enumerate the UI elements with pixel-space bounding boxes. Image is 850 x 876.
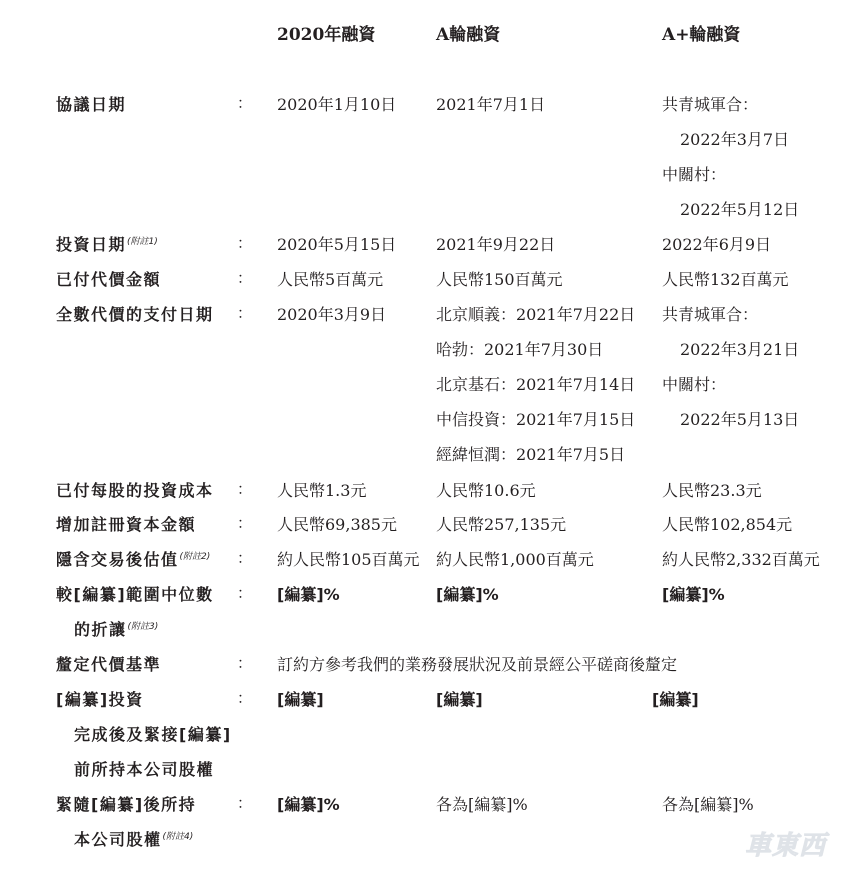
cell-series-a-plus-line: 共青城軍合：: [662, 302, 758, 325]
cell-series-a-plus: 各為[編纂]%: [662, 792, 754, 815]
cell-series-a-plus: 2022年6月9日: [662, 232, 771, 255]
row-continuation: 前所持本公司股權: [0, 757, 850, 792]
cell-series-a-line: 北京順義：2021年7月22日: [436, 302, 635, 325]
column-header-series-a-plus: A+輪融資: [662, 20, 740, 45]
cell-series-a-plus: [編纂]%: [662, 582, 725, 605]
colon: ：: [237, 687, 252, 708]
cell-series-a-plus-line: 2022年3月7日: [680, 127, 789, 150]
cell-series-a: [編纂]%: [436, 582, 499, 605]
cell-2020: 人民幣1.3元: [277, 478, 366, 501]
watermark-logo: 車東西: [745, 825, 826, 862]
row-registered-capital-increase: 增加註冊資本金額 ： 人民幣69,385元 人民幣257,135元 人民幣102…: [0, 512, 850, 547]
row-label: 增加註冊資本金額: [56, 512, 196, 535]
cell-2020: 2020年1月10日: [277, 92, 396, 115]
cell-series-a-plus-line: 中關村：: [662, 162, 726, 185]
cell-series-a-plus-line: 2022年5月13日: [680, 407, 799, 430]
row-continuation: 北京基石：2021年7月14日 中關村：: [0, 372, 850, 407]
label-text: 隱含交易後估值: [56, 550, 179, 569]
colon: ：: [237, 478, 252, 499]
label-text: 的折讓: [74, 620, 127, 639]
row-label: 已付每股的投資成本: [56, 478, 214, 501]
cell-series-a-plus: 人民幣132百萬元: [662, 267, 789, 290]
row-continuation: 哈勃：2021年7月30日 2022年3月21日: [0, 337, 850, 372]
row-continuation: 的折讓(附註3): [0, 617, 850, 652]
cell-series-a-plus: [編纂]: [652, 687, 699, 710]
row-payment-date: 全數代價的支付日期 ： 2020年3月9日 北京順義：2021年7月22日 共青…: [0, 302, 850, 337]
cell-2020: 約人民幣105百萬元: [277, 547, 420, 570]
column-header-2020-financing: 2020年融資: [277, 20, 375, 45]
footnote-ref: (附註1): [127, 237, 158, 247]
cell-2020: [編纂]%: [277, 582, 340, 605]
row-continuation: 中關村：: [0, 162, 850, 197]
cell-series-a: 人民幣257,135元: [436, 512, 566, 535]
row-label: 釐定代價基準: [56, 652, 161, 675]
row-continuation: 經緯恒潤：2021年7月5日: [0, 442, 850, 477]
row-label: [編纂]投資: [56, 687, 144, 710]
label-text: 投資日期: [56, 235, 126, 254]
row-continuation: 2022年5月12日: [0, 197, 850, 232]
cell-series-a: 約人民幣1,000百萬元: [436, 547, 594, 570]
row-label: 緊隨[編纂]後所持: [56, 792, 196, 815]
row-continuation: 完成後及緊接[編纂]: [0, 722, 850, 757]
cell-series-a-line: 哈勃：2021年7月30日: [436, 337, 603, 360]
cell-series-a: 2021年9月22日: [436, 232, 555, 255]
row-label-continuation: 前所持本公司股權: [74, 757, 214, 780]
cell-series-a-plus-line: 2022年3月21日: [680, 337, 799, 360]
cell-2020: 人民幣5百萬元: [277, 267, 383, 290]
row-agreement-date: 協議日期 ： 2020年1月10日 2021年7月1日 共青城軍合：: [0, 92, 850, 127]
colon: ：: [237, 92, 252, 113]
colon: ：: [237, 652, 252, 673]
cell-series-a: 人民幣150百萬元: [436, 267, 563, 290]
row-continuation: 中信投資：2021年7月15日 2022年5月13日: [0, 407, 850, 442]
row-post-money-valuation: 隱含交易後估值(附註2) ： 約人民幣105百萬元 約人民幣1,000百萬元 約…: [0, 547, 850, 582]
cell-series-a-plus-line: 共青城軍合：: [662, 92, 758, 115]
row-continuation: 本公司股權(附註4): [0, 827, 850, 862]
label-text: 本公司股權: [74, 830, 162, 849]
cell-2020: [編纂]: [277, 687, 324, 710]
cell-2020: 2020年3月9日: [277, 302, 386, 325]
cell-series-a-plus-line: 中關村：: [662, 372, 726, 395]
footnote-ref: (附註3): [128, 622, 159, 632]
cell-series-a: 各為[編纂]%: [436, 792, 528, 815]
row-label: 協議日期: [56, 92, 126, 115]
cell-series-a: 2021年7月1日: [436, 92, 545, 115]
row-label-continuation: 完成後及緊接[編纂]: [74, 722, 232, 745]
footnote-ref: (附註4): [163, 832, 194, 842]
cell-2020: 人民幣69,385元: [277, 512, 397, 535]
row-discount: 較[編纂]範圍中位數 ： [編纂]% [編纂]% [編纂]%: [0, 582, 850, 617]
cell-series-a-line: 中信投資：2021年7月15日: [436, 407, 635, 430]
row-consideration-paid: 已付代價金額 ： 人民幣5百萬元 人民幣150百萬元 人民幣132百萬元: [0, 267, 850, 302]
cell-2020: 2020年5月15日: [277, 232, 396, 255]
colon: ：: [237, 582, 252, 603]
row-label: 全數代價的支付日期: [56, 302, 214, 325]
colon: ：: [237, 267, 252, 288]
colon: ：: [237, 512, 252, 533]
row-label: 隱含交易後估值(附註2): [56, 547, 210, 570]
row-continuation: 2022年3月7日: [0, 127, 850, 162]
row-consideration-basis: 釐定代價基準 ： 訂約方參考我們的業務發展狀況及前景經公平磋商後釐定: [0, 652, 850, 687]
row-investment-date: 投資日期(附註1) ： 2020年5月15日 2021年9月22日 2022年6…: [0, 232, 850, 267]
cell-basis: 訂約方參考我們的業務發展狀況及前景經公平磋商後釐定: [277, 652, 677, 675]
row-label: 投資日期(附註1): [56, 232, 158, 255]
cell-series-a-plus: 人民幣23.3元: [662, 478, 762, 501]
cell-series-a-plus: 人民幣102,854元: [662, 512, 792, 535]
footnote-ref: (附註2): [180, 552, 211, 562]
cell-series-a-line: 經緯恒潤：2021年7月5日: [436, 442, 625, 465]
cell-series-a: [編纂]: [436, 687, 483, 710]
row-label-continuation: 本公司股權(附註4): [74, 827, 193, 850]
colon: ：: [237, 232, 252, 253]
row-cost-per-share: 已付每股的投資成本 ： 人民幣1.3元 人民幣10.6元 人民幣23.3元: [0, 478, 850, 513]
column-header-series-a: A輪融資: [436, 20, 500, 45]
colon: ：: [237, 302, 252, 323]
colon: ：: [237, 547, 252, 568]
cell-2020: [編纂]%: [277, 792, 340, 815]
cell-series-a-plus: 約人民幣2,332百萬元: [662, 547, 820, 570]
colon: ：: [237, 792, 252, 813]
cell-series-a-line: 北京基石：2021年7月14日: [436, 372, 635, 395]
row-label-continuation: 的折讓(附註3): [74, 617, 158, 640]
cell-series-a: 人民幣10.6元: [436, 478, 536, 501]
cell-series-a-plus-line: 2022年5月12日: [680, 197, 799, 220]
row-shareholding-after: 緊隨[編纂]後所持 ： [編纂]% 各為[編纂]% 各為[編纂]%: [0, 792, 850, 827]
row-label: 較[編纂]範圍中位數: [56, 582, 214, 605]
row-shareholding-before: [編纂]投資 ： [編纂] [編纂] [編纂]: [0, 687, 850, 722]
row-label: 已付代價金額: [56, 267, 161, 290]
